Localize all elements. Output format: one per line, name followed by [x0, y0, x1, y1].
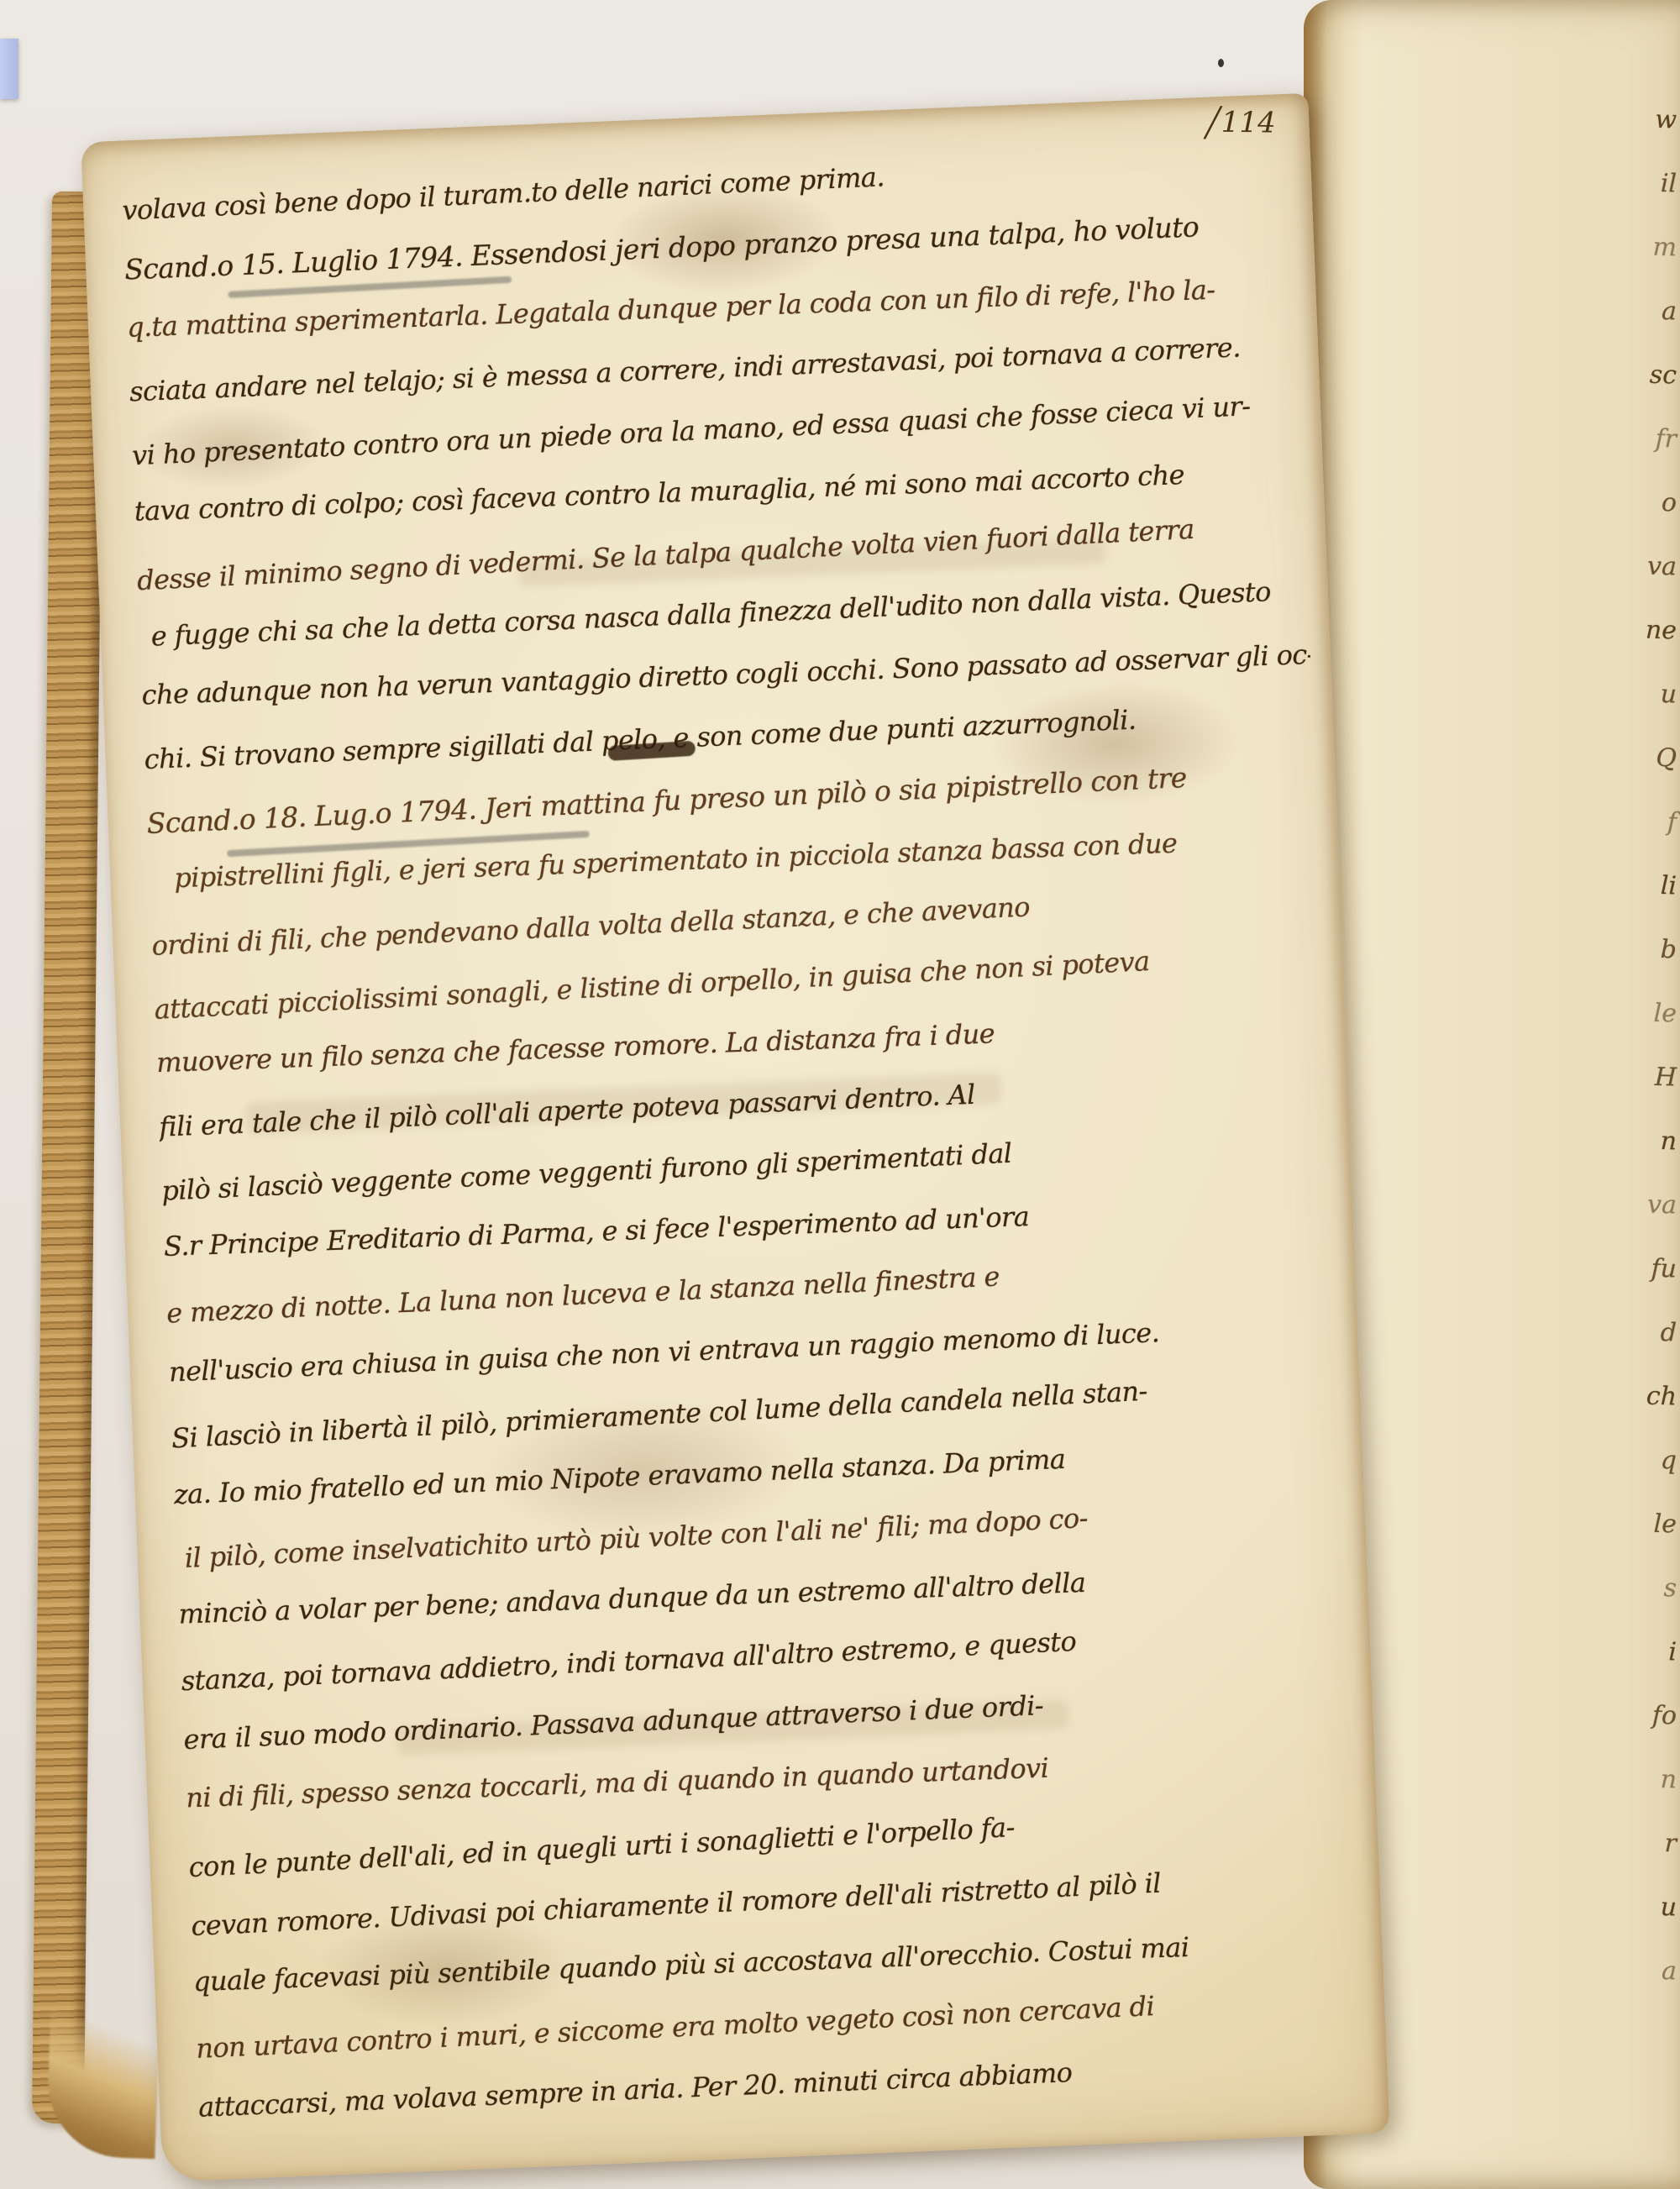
- facing-page-fragment: b: [1571, 916, 1680, 982]
- facing-page-fragment: sc: [1571, 341, 1680, 407]
- facing-page-fragment: H: [1571, 1043, 1680, 1110]
- facing-page-fragment: a: [1571, 1937, 1680, 2003]
- handwriting-block: volava così bene dopo il turam.to delle …: [121, 131, 1369, 2172]
- photo-of-manuscript: wilmascfrovaneuQflibleHnvafudchqlesifonr…: [0, 0, 1680, 2189]
- facing-page-fragment: u: [1571, 1873, 1680, 1940]
- facing-page-fragment: le: [1571, 979, 1680, 1046]
- facing-page-fragment: o: [1571, 469, 1680, 535]
- facing-page-fragment: il: [1571, 150, 1680, 216]
- facing-page-fragment: s: [1571, 1554, 1680, 1620]
- facing-page-fragment: le: [1571, 1490, 1680, 1556]
- facing-page-fragment: ne: [1571, 596, 1680, 663]
- facing-page-fragment: r: [1571, 1809, 1680, 1876]
- facing-page-fragment: q: [1571, 1426, 1680, 1493]
- blue-archival-tab: [0, 39, 18, 99]
- facing-page-fragment: n: [1571, 1745, 1680, 1812]
- facing-page-fragment: n: [1571, 1107, 1680, 1173]
- facing-page-fragment: va: [1571, 533, 1680, 599]
- facing-page-fragment: fu: [1571, 1235, 1680, 1301]
- facing-page-fragment: u: [1571, 660, 1680, 727]
- facing-page-fragment: i: [1571, 1618, 1680, 1684]
- facing-page-fragment: ch: [1571, 1362, 1680, 1429]
- facing-page-fragment: a: [1571, 277, 1680, 344]
- facing-page-fragment: Q: [1571, 724, 1680, 790]
- facing-page-fragment: d: [1571, 1299, 1680, 1365]
- dust-speck: [1218, 59, 1224, 67]
- page-edges-stack: [32, 192, 104, 2124]
- facing-page-fragment: m: [1571, 213, 1680, 280]
- manuscript-page: ∕114 volava così bene dopo il turam.to d…: [81, 93, 1389, 2182]
- facing-page-fragment: f: [1571, 788, 1680, 854]
- facing-page-text-fragments: wilmascfrovaneuQflibleHnvafudchqlesifonr…: [1571, 87, 1680, 2003]
- facing-page-fragment: va: [1571, 1171, 1680, 1237]
- facing-page-fragment: li: [1571, 852, 1680, 918]
- facing-page-fragment: w: [1571, 87, 1680, 153]
- facing-page-fragment: fr: [1571, 405, 1680, 471]
- facing-page-fragment: fo: [1571, 1682, 1680, 1748]
